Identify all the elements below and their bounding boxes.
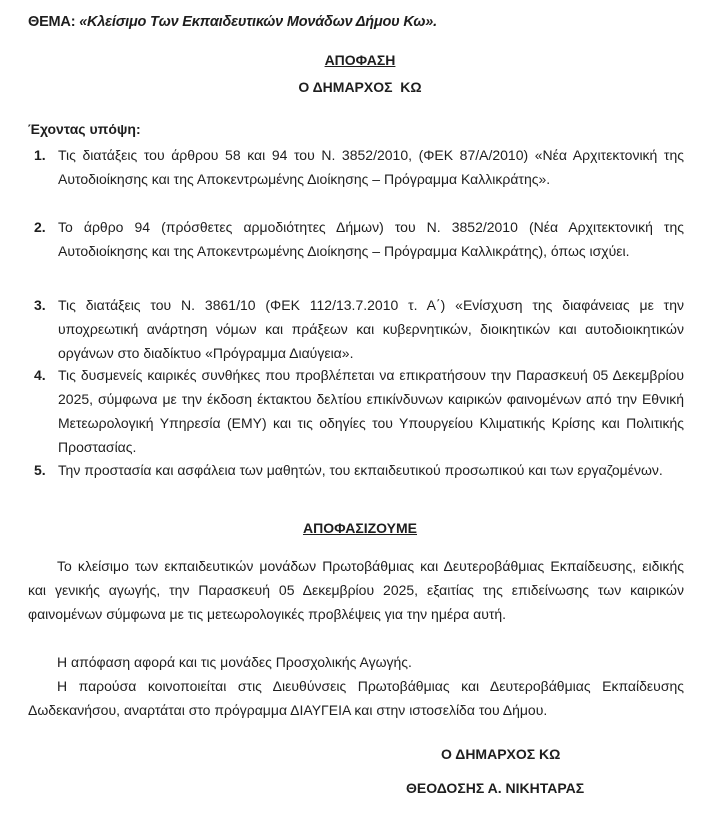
item-number: 3. <box>34 293 46 317</box>
item-text: Τις δυσμενείς καιρικές συνθήκες που προβ… <box>58 363 684 459</box>
subject-line: ΘΕΜΑ: «Κλείσιμο Των Εκπαιδευτικών Μονάδω… <box>28 14 437 30</box>
consideration-item: 5. Την προστασία και ασφάλεια των μαθητώ… <box>34 458 684 482</box>
consideration-item: 2. Το άρθρο 94 (πρόσθετες αρμοδιότητες Δ… <box>34 215 684 263</box>
decision-paragraph: Η απόφαση αφορά και τις μονάδες Προσχολι… <box>28 650 684 674</box>
item-text: Το άρθρο 94 (πρόσθετες αρμοδιότητες Δήμω… <box>58 215 684 263</box>
consideration-item: 1. Τις διατάξεις του άρθρου 58 και 94 το… <box>34 143 684 191</box>
signature-name: ΘΕΟΔΟΣΗΣ Α. ΝΙΚΗΤΑΡΑΣ <box>406 780 584 796</box>
we-decide-heading: ΑΠΟΦΑΣΙΖΟΥΜΕ <box>0 520 720 536</box>
considering-heading: Έχοντας υπόψη: <box>28 121 141 137</box>
item-text: Τις διατάξεις του Ν. 3861/10 (ΦΕΚ 112/13… <box>58 293 684 365</box>
decision-document: ΘΕΜΑ: «Κλείσιμο Των Εκπαιδευτικών Μονάδω… <box>0 0 720 823</box>
mayor-heading: Ο ΔΗΜΑΡΧΟΣ ΚΩ <box>0 79 720 95</box>
item-number: 4. <box>34 363 46 387</box>
decision-paragraph: Η παρούσα κοινοποιείται στις Διευθύνσεις… <box>28 674 684 722</box>
decision-paragraph: Το κλείσιμο των εκπαιδευτικών μονάδων Πρ… <box>28 554 684 626</box>
consideration-item: 3. Τις διατάξεις του Ν. 3861/10 (ΦΕΚ 112… <box>34 293 684 365</box>
consideration-item: 4. Τις δυσμενείς καιρικές συνθήκες που π… <box>34 363 684 459</box>
signature-role: Ο ΔΗΜΑΡΧΟΣ ΚΩ <box>441 746 560 762</box>
item-text: Την προστασία και ασφάλεια των μαθητών, … <box>58 458 684 482</box>
item-number: 5. <box>34 458 46 482</box>
item-number: 1. <box>34 143 46 167</box>
subject-title: «Κλείσιμο Των Εκπαιδευτικών Μονάδων Δήμο… <box>79 14 437 30</box>
decision-heading: ΑΠΟΦΑΣΗ <box>0 52 720 68</box>
item-number: 2. <box>34 215 46 239</box>
subject-label: ΘΕΜΑ: <box>28 14 75 30</box>
item-text: Τις διατάξεις του άρθρου 58 και 94 του Ν… <box>58 143 684 191</box>
